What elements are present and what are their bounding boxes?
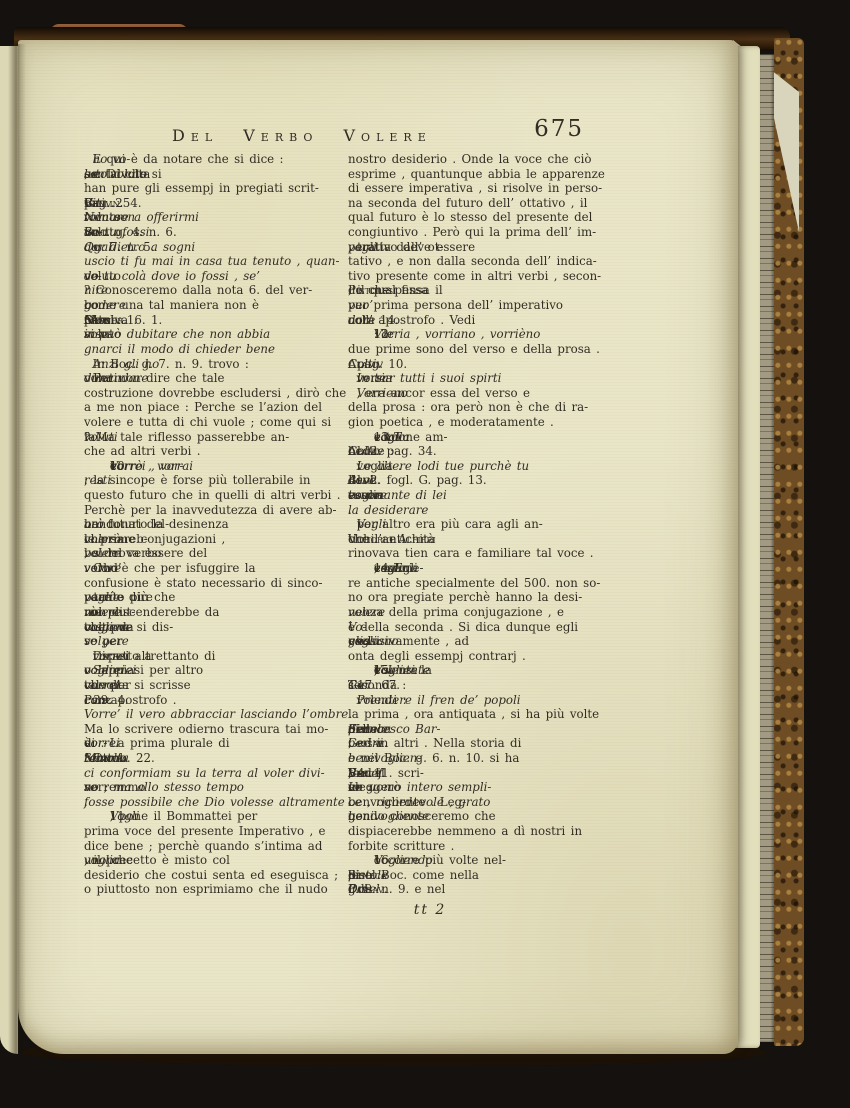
text-line: e nel Boc. g. 6. n. 10. si ha benivoglie… [348,751,598,766]
text-line: Alam. Coltiv. pag. 10. [348,357,598,372]
text-column-right: nostro desiderio . Onde la voce che ciòe… [348,152,598,902]
text-line: della prosa : ora però non è che di ra- [348,400,598,415]
text-line: no ; ma allo stesso tempo vorremmo se [84,780,334,795]
text-line: In Boc. g. 7. n. 9. trovo : Anzi gli ho [84,357,334,372]
text-line: ci conformiam su la terra al voler divi- [84,766,334,781]
text-line: fosse possibile che Dio volesse altramen… [84,795,334,810]
text-line: le pistole di Seneca ; nel Boc. come nel… [348,868,598,883]
text-line: prima voce del presente Imperativo , e [84,824,334,839]
text-line: no ora pregiate perchè hanno la desi- [348,590,598,605]
text-line: si può dubitare che non abbia voluto ins… [84,327,334,342]
text-line: bedue : Alam. Coltiv. l. 2. pag. 34. [348,444,598,459]
text-line: le prime conjugazioni , volerò che sareb… [84,532,334,547]
text-line: rinovava tien cara e familiare tal voce … [348,546,598,561]
text-line: 14 Egli vogli essi voglino , manie- [348,561,598,576]
text-line: uscio ti fu mai in casa tua tenuto , qua… [84,254,334,269]
text-line: luto , e talvolta son voluto ec. Di che … [84,167,334,182]
text-line: do che pensa il Pistolesi , il qual fiss… [348,283,598,298]
text-line: volere e tutta di chi vuole ; come qui s… [84,415,334,430]
text-line: di essere imperativa , si risolve in per… [348,181,598,196]
text-line: coll’ apostrofo . Vedi dare nota 14. [348,313,598,328]
text-line: 11 Vogli , pone il Bommattei per [84,809,334,824]
text-line: questo futuro che in quelli di altri ver… [84,488,334,503]
text-line: dice bene ; perchè quando s’intima ad [84,839,334,854]
text-line: forbite scritture . [348,839,598,854]
text-line: verbo volare . Ond’è che per isfuggire l… [84,561,334,576]
text-line: 10 Vorrò , vorrai ec. vorrei , vor- [84,459,334,474]
text-line: costruzione dovrebbe escludersi , dirò c… [84,386,334,401]
text-line: g. 9. n. 9. e nel Passav. Omel. di Ori- [348,882,598,897]
text-line: gnarci il modo di chieder bene . [84,342,334,357]
text-line: na seconda del futuro dell’ ottativo , i… [348,196,598,211]
text-line: 15 Vogliente e volente ; si usi la [348,663,598,678]
book-cover-edge [774,38,804,1046]
text-line: se per volgere . [84,634,334,649]
text-line: In te vorria versar tutti i suoi spirti … [348,371,598,386]
text-line: gion poetica , e moderatamente . [348,415,598,430]
text-line: Dicasi altrettanto di vorrei rispetto a [84,649,334,664]
text-line: che per vorrei talvolta si scrisse vorre… [84,678,334,693]
text-line: rò non discenderebbe da volere ma piut- [84,605,334,620]
text-line: Vorrieno , era ancor essa del verso e [348,386,598,401]
text-line: tosto da volgere o vogliere che pur si d… [84,620,334,635]
text-line: dispiacerebbe nemmeno a dì nostri in [348,824,598,839]
text-line: te ; ed il Varch. Sen. Benef. 4. 11. scr… [348,766,598,781]
page-number: 675 [534,116,584,142]
text-line: esprime , quantunque abbia le apparenze [348,167,598,182]
text-line: glia , essi vogliano esclusivamente , ad [348,634,598,649]
text-line: è della seconda . Si dica dunque egli Vo… [348,620,598,635]
text-line: la prima , ora antiquata , si ha più vol… [348,707,598,722]
text-line: passiva . Segner. Man. Ottob. 16. 1. Non [84,313,334,328]
gutter-shadow [8,44,26,1054]
text-line: con apostrofo . Petr. canz. 39. 4. [84,693,334,708]
text-line: confusione è stato necessario di sinco- [84,576,334,591]
text-line: tichi : e Vittorio Alfieri che l’antichi… [348,532,598,547]
text-line: bandonato la desinenza arò nei futuri de… [84,517,334,532]
text-line: berini , ed in altri . Nella storia di G… [348,736,598,751]
text-line: resti ; la sincope è forse più tollerabi… [84,473,334,488]
page-header: Del Verbo Volere 675 [84,120,598,150]
text-line: nenza della prima conjugazione , e voler… [348,605,598,620]
text-line: tivo presente come in altri verbi , seco… [348,269,598,284]
text-line: re antiche specialmente del 500. non so- [348,576,598,591]
text-line: volerei o voglierei . Sappiasi per altro [84,663,334,678]
text-line: bo godere come una tal maniera non è [84,298,334,313]
text-line: be del verbo volere , si trova essere de… [84,546,334,561]
text-line: voluti dimandare . Per non dire che tale [84,371,334,386]
text-line: desiderio che costui senta ed eseguisca … [84,868,334,883]
text-line: 12 Vorria , vorriano , vorrièno : le [348,327,598,342]
text-line: Vogli per altro era più cara agli an- [348,517,598,532]
text-line: Prendere il fren de’ popoli volenti : [348,693,598,708]
text-line: E qui è da notare che si dice : ho vo- [84,152,334,167]
text-line: perativo deve essere vogli , tratta dall… [348,240,598,255]
text-line: uno che voglia ; il precetto è misto col [84,853,334,868]
text-columns: E qui è da notare che si dice : ho vo-lu… [84,152,598,902]
running-title: Del Verbo Volere [172,126,432,145]
text-line: han pure gli essempj in pregiati scrit- [84,181,334,196]
signature-mark: tt 2 [390,902,470,918]
text-line: pare e dire vorrò : tanto più che voglie… [84,590,334,605]
text-column-left: E qui è da notare che si dice : ho vo-lu… [84,152,334,902]
text-line: la desiderare . [348,503,598,518]
scanned-book-photo: Del Verbo Volere 675 E qui è da notare c… [0,0,850,1108]
text-line: do tu colà dove io fossi , se’ voluto ve… [84,269,334,284]
text-line: Non son voluto tornare a offerirmi . [84,210,334,225]
text-line: di . La prima plurale di vorrei è vor- [84,736,334,751]
text-line: dar dietro a sogni : g. 7. n. 5. Qual [84,240,334,255]
text-line: fa voluti ? Ma tale riflesso passerebbe … [84,430,334,445]
text-line: tu amante di lei voglia essere ec. e non [348,488,598,503]
text-line: 16 Vogliendo occorre più volte nel- [348,853,598,868]
text-line: Ma lo scrivere odierno trascura tai mo- [84,722,334,737]
text-line: onta degli essempj contrarj . [348,649,598,664]
text-line: per prima persona dell’ imperativo vuo’ [348,298,598,313]
text-line: qual futuro è lo stesso del presente del [348,210,598,225]
text-line: nire ? Conosceremo dalla nota 6. del ver… [84,283,334,298]
text-line: o piuttosto non esprimiamo che il nudo [84,882,334,897]
text-line: due prime sono del verso e della prosa . [348,342,598,357]
text-line: a me non piace : Perche se l’azion del [84,400,334,415]
book-page: Del Verbo Volere 675 E qui è da notare c… [18,40,738,1054]
text-line: ve : Io eleggerò un uomo intero sempli- [348,780,598,795]
text-line: Le altere lodi tue purchè tu voglia . [348,459,598,474]
text-line: 13 Tu vogli e tu voglia : buone am- [348,430,598,445]
text-line: che ad altri verbi . [84,444,334,459]
text-line: gendo conosceremo che benivogliente non [348,809,598,824]
text-line: nelle pistole di Seneca , in Francesco B… [348,722,598,737]
text-line: seconda : Tas. Ger. 17. 67. [348,678,598,693]
text-line: Boc. g. 4. n. 6. Se tu fossi voluto an- [84,225,334,240]
text-line: tativo , e non dalla seconda dell’ indic… [348,254,598,269]
text-line: remmo . Segner. Man. Ottob. 22. talvolta [84,751,334,766]
text-line: tori . Vit. Benv. Cellin. pag. 254. [84,196,334,211]
text-line: Bemb. Asol. l. 2. fogl. G. pag. 13. dove [348,473,598,488]
text-line: Perchè per la inavvedutezza di avere ab- [84,503,334,518]
text-line: nostro desiderio . Onde la voce che ciò [348,152,598,167]
text-line: congiuntivo . Però qui la prima dell’ im… [348,225,598,240]
text-line: Vorre’ il vero abbracciar lasciando l’om… [84,707,334,722]
text-line: ce , ricordevole , grato benvogliente . … [348,795,598,810]
